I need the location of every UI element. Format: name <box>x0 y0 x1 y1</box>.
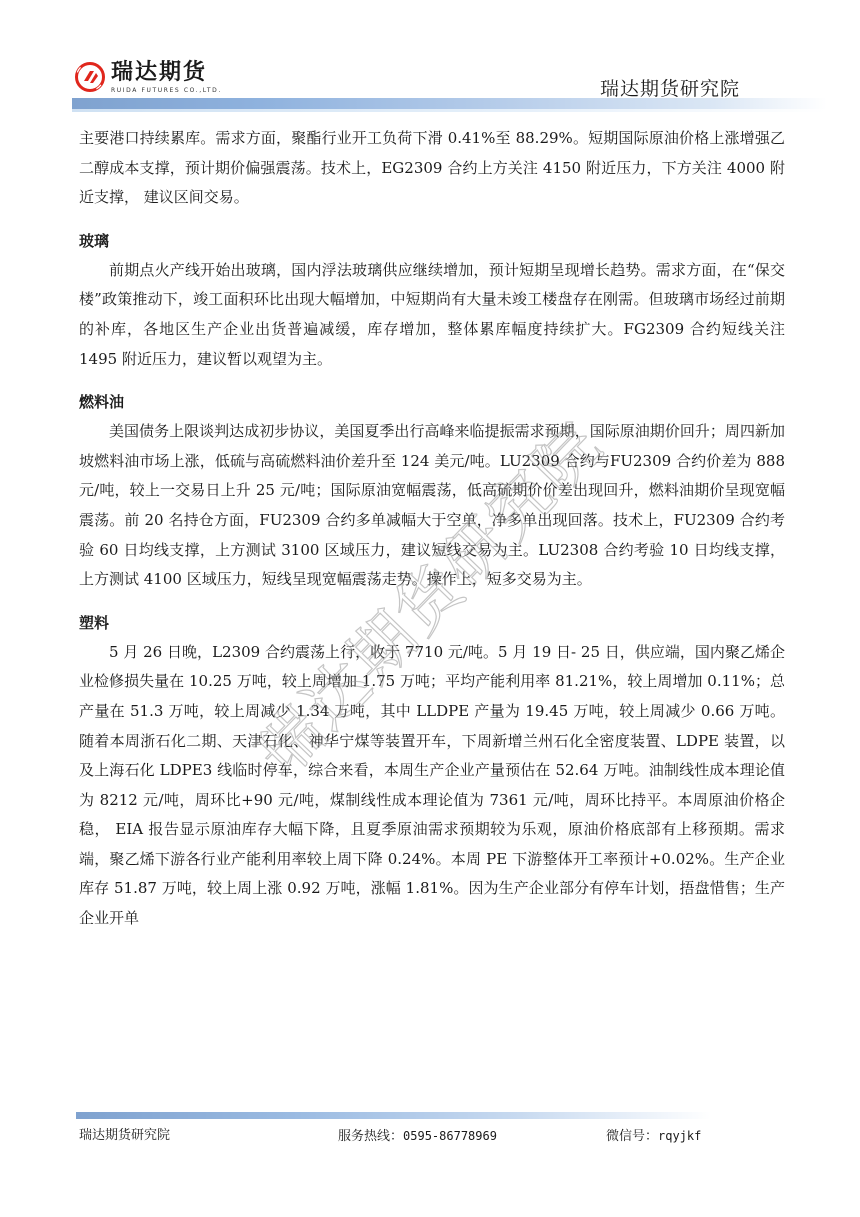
ruida-logo-icon <box>75 62 105 92</box>
footer-wechat: 微信号：rqyjkf <box>606 1127 701 1146</box>
paragraph-fuel-oil: 美国债务上限谈判达成初步协议，美国夏季出行高峰来临提振需求预期，国际原油期价回升… <box>79 417 785 595</box>
paragraph-plastics: 5 月 26 日晚，L2309 合约震荡上行，收于 7710 元/吨。5 月 1… <box>79 638 785 934</box>
paragraph-glass: 前期点火产线开始出玻璃，国内浮法玻璃供应继续增加，预计短期呈现增长趋势。需求方面… <box>79 256 785 374</box>
header-title: 瑞达期货研究院 <box>600 78 740 100</box>
footer-divider-bar <box>76 1112 711 1119</box>
header-divider-line <box>72 109 827 112</box>
section-title-plastics: 塑料 <box>79 609 785 638</box>
hotline-label: 服务热线： <box>338 1129 403 1144</box>
section-title-fuel-oil: 燃料油 <box>79 388 785 417</box>
logo-name-en: RUIDA FUTURES CO.,LTD. <box>111 87 222 95</box>
wechat-id: rqyjkf <box>658 1129 701 1143</box>
logo-name-cn: 瑞达期货 <box>111 60 222 86</box>
wechat-label: 微信号： <box>606 1129 658 1144</box>
footer-org: 瑞达期货研究院 <box>79 1127 170 1145</box>
hotline-number: 0595-86778969 <box>403 1129 497 1143</box>
document-body: 主要港口持续累库。需求方面，聚酯行业开工负荷下滑 0.41%至 88.29%。短… <box>79 124 785 934</box>
company-logo: 瑞达期货 RUIDA FUTURES CO.,LTD. <box>75 60 222 100</box>
page-footer: 瑞达期货研究院 服务热线：0595-86778969 微信号：rqyjkf <box>79 1127 799 1147</box>
paragraph-eg-continuation: 主要港口持续累库。需求方面，聚酯行业开工负荷下滑 0.41%至 88.29%。短… <box>79 124 785 213</box>
page-header: 瑞达期货 RUIDA FUTURES CO.,LTD. 瑞达期货研究院 <box>0 0 860 115</box>
footer-hotline: 服务热线：0595-86778969 <box>338 1127 497 1146</box>
section-title-glass: 玻璃 <box>79 227 785 256</box>
header-divider-bar <box>72 98 827 109</box>
